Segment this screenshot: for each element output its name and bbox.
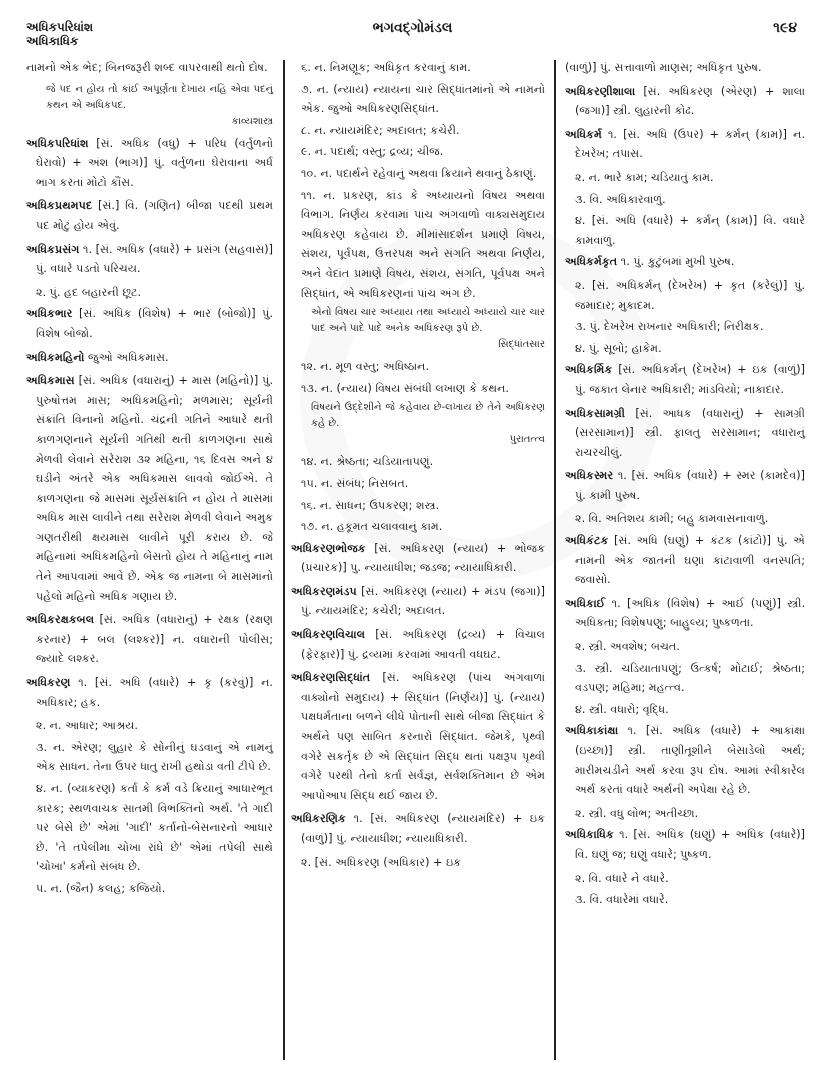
sense-definition: ૧૩. ન. (ન્યાય) વિષય સંબંધી લખાણ કે કથન. [291,379,545,399]
sense-definition: ૨. વિ. અતિશય કામી; બહુ કામવાસનાવાળું. [565,509,805,529]
definition-text: જુઓ અધિકમાસ. [88,351,169,364]
sense-definition: ૩. વિ. અધિકારવાળું. [565,190,805,210]
dictionary-entry: અધિકરણવિચાલ [સં. અધિકરણ (દ્રવ્ય) + વિચાલ… [291,625,545,664]
headword: અધિકર્મ [565,128,602,141]
dictionary-entry: અધિકરણ ૧. [સં. અધિ (વધારે) + કૃ (કરવું)]… [26,673,273,712]
sense-definition: ૭. ન. (ન્યાય) ન્યાયના ચાર સિદ્ધાંતમાંનો … [291,80,545,119]
sense-definition: ૨. ન. ભારે કામ; ચડિયાતું કામ. [565,168,805,188]
headword: અધિકર્મકૃત [565,255,617,268]
sense-definition: ૩. વિ. વધારેમાં વધારે. [565,890,805,910]
dictionary-entry: અધિકરણમંડપ [સં. અધિકરણ (ન્યાય) + મંડપ (જ… [291,582,545,621]
dictionary-entry: અધિકસામગ્રી [સં. આધક (વધારાનું) + સામગ્ર… [565,404,805,463]
dictionary-entry: અધિકર્મ ૧. [સં. અધિ (ઉપર) + કર્મન્ (કામ)… [565,125,805,164]
sense-definition: ૧૦. ન. પદાર્થને રહેવાનું અથવા ક્રિયાને થ… [291,164,545,184]
citation-quote: જે પદ ન હોય તો કાંઈ અપૂર્ણતા દેખાય નહિ એ… [26,82,273,130]
sense-definition: ૧૬. ન. સાધન; ઉપકરણ; શસ્ત્ર. [291,496,545,516]
headword: અધિકંટક [565,534,608,547]
dictionary-entry: અધિકમહિનો જુઓ અધિકમાસ. [26,348,273,368]
dictionary-entry: અધિકરણિક ૧. [સં. અધિકરણ (ન્યાયમંદિર) + ઇ… [291,809,545,848]
headword: અધિકરક્ષકબલ [26,613,94,626]
dictionary-title: ભગવદ્ગોમંડલ [0,20,825,36]
sense-definition: ૩. સ્ત્રી. ચડિયાતાપણું; ઉત્કર્ષ; મોટાઈ; … [565,659,805,698]
headword: અધિકપરિધાંશ [26,137,89,150]
quote-source: પુરાતત્ત્વ [311,432,545,448]
sense-definition: ૨. સ્ત્રી. વધુ લોભ; અતીચ્છા. [565,804,805,824]
dictionary-entry: અધિકાકાંક્ષા ૧. [સં. અધિક (વધારે) + આકાં… [565,721,805,799]
column-divider [554,60,556,1060]
definition-text: [સં. અધિક (વધારાનું) + માસ (મહિનો)] પું.… [36,374,273,603]
sense-definition: ૪. પું. સૂબો; હાકેમ. [565,339,805,359]
definition-text: ૧. [સં. અધિ (ઉપર) + કર્મન્ (કામ)] ન. દેખ… [575,128,805,161]
sense-definition: ૧૧. ન. પ્રકરણ, કાંડ કે અધ્યાયનો વિષય અથવ… [291,186,545,304]
dictionary-entry: અધિકપરિધાંશ [સં. અધિક (વધુ) + પરિધ (વર્ત… [26,134,273,193]
sense-definition: ૮. ન. ન્યાયમંદિર; અદાલત; કચેરી. [291,121,545,141]
definition-text: [સં. અધિકરણ (પાંચ અંગવાળાં વાક્યોનો સમુદ… [301,671,545,802]
citation-quote: વિષયને ઉદ્દેશીને જે કહેવાય છે-લખાય છે તે… [291,400,545,448]
headword: અધિકભાર [26,307,72,320]
dictionary-entry: અધિકભાર [સં. અધિક (વિશેષ) + ભાર (બોજો)] … [26,304,273,343]
dictionary-entry: અધિકરણીશાલા [સં. અધિકરણ (એરણ) + શાલા (જગ… [565,82,805,121]
column-divider [283,60,285,1060]
sense-definition: ૨. વિ. વધારે ને વધારે. [565,869,805,889]
dictionary-entry: અધિકરણભોજક [સં. અધિકરણ (ન્યાય) + ભોજક (પ… [291,539,545,578]
headword: અધિકરણસિદ્ધાંત [291,671,370,684]
dictionary-entry: અધિકસ્મર ૧. [સં. અધિક (વધારે) + સ્મર (કા… [565,466,805,505]
headword: અધિકસ્મર [565,469,613,482]
sense-definition: ૧૫. ન. સંબંધ; નિસબત. [291,474,545,494]
dictionary-entry: અધિકરણસિદ્ધાંત [સં. અધિકરણ (પાંચ અંગવાળા… [291,668,545,805]
sense-definition: ૨. પું. હદ બહારની છૂટ. [26,283,273,303]
headword: અધિકરણભોજક [291,542,366,555]
dictionary-entry: અધિકર્મકૃત ૧. પું. કુટુંબમાં મુખી પુરુષ. [565,252,805,272]
sense-definition: ૩. ન. એરણ; લુહાર કે સોનીનું ઘડવાનું એ ના… [26,738,273,777]
column-3: (વાળું)] પું. સત્તાવાળો માણસ; અધિકૃત પુર… [565,58,805,912]
headword: અધિકમાસ [26,374,75,387]
page-header: અધિકપરિધાંશ અધિકાધિક ભગવદ્ગોમંડલ ૧૯૪ [0,14,825,54]
dictionary-entry: અધિકપ્રથમપદ [સં.] વિ. (ગણિત) બીજા પદથી પ… [26,196,273,235]
definition-text: ૧. પું. કુટુંબમાં મુખી પુરુષ. [621,255,735,268]
headword: અધિકપ્રસંગ [26,243,79,256]
headword: અધિકસામગ્રી [565,407,625,420]
dictionary-entry: અધિકરક્ષકબલ [સં. અધિક (વધારાનું) + રક્ષક… [26,610,273,669]
dictionary-entry: અધિકપ્રસંગ ૧. [સં. અધિક (વધારે) + પ્રસંગ… [26,240,273,279]
quote-source: સિદ્ધાંતસાર [311,337,545,353]
quote-text: વિષયને ઉદ્દેશીને જે કહેવાય છે-લખાય છે તે… [311,402,545,429]
headword: અધિકમહિનો [26,351,84,364]
headword: અધિકરણિક [291,812,346,825]
column-2: ૬. ન. નિમણૂક; અધિકૃત કરવાનું કામ.૭. ન. (… [291,58,545,874]
sense-definition: ૨. સ્ત્રી. અવશેષ; બચત. [565,637,805,657]
dictionary-entry: અધિકાધિક ૧. [સં. અધિક (ઘણું) + અધિક (વધા… [565,825,805,864]
sense-definition: ૧૪. ન. શ્રેષ્ઠતા; ચડિયાતાપણું. [291,452,545,472]
sense-definition: ૨. ન. આધાર; આશ્રય. [26,716,273,736]
dictionary-entry: અધિકર્મિક [સં. અધિકર્મન્ (દેખરેખ) + ઇક (… [565,360,805,399]
headword: અધિકર્મિક [565,363,612,376]
headword: અધિકપ્રથમપદ [26,199,92,212]
sense-definition: ૩. પું. દેખરેખ રાખનાર અધિકારી; નિરીક્ષક. [565,317,805,337]
headword: અધિકાધિક [565,828,614,841]
dictionary-entry: અધિકાઈ ૧. [અધિક (વિશેષ) + આઈ (પણું)] સ્ત… [565,594,805,633]
headword: અધિકરણીશાલા [565,85,635,98]
quote-text: એનો વિષય ચાર અધ્યાય તથા અધ્યાયે અધ્યાયે … [311,307,545,334]
headword: અધિકરણ [26,676,70,689]
citation-quote: એનો વિષય ચાર અધ્યાય તથા અધ્યાયે અધ્યાયે … [291,305,545,353]
guide-word-last: અધિકાધિક [26,34,93,48]
sense-definition: ૨. [સં. અધિકરણ (અધિકાર) + ઇક [291,853,545,873]
sense-definition: ૧૨. ન. મૂળ વસ્તુ; અધિષ્ઠાન. [291,357,545,377]
sense-definition: ૬. ન. નિમણૂક; અધિકૃત કરવાનું કામ. [291,58,545,78]
quote-source: કાવ્યશાસ્ત્ર [46,114,273,130]
headword: અધિકરણવિચાલ [291,628,365,641]
dictionary-entry: અધિકમાસ [સં. અધિક (વધારાનું) + માસ (મહિન… [26,371,273,606]
sense-definition: ૯. ન. પદાર્થ; વસ્તુ; દ્રવ્ય; ચીજ. [291,142,545,162]
headword: અધિકરણમંડપ [291,585,357,598]
headword: અધિકાઈ [565,597,605,610]
continued-definition: (વાળું)] પું. સત્તાવાળો માણસ; અધિકૃત પુર… [565,58,805,78]
sense-definition: ૫. ન. (જૈન) કલહ; કજિયો. [26,879,273,899]
dictionary-entry: અધિકંટક [સં. અધિ (ઘણું) + કંટક (કાંટો)] … [565,531,805,590]
column-1: નામનો એક ભેદ; બિનજરૂરી શબ્દ વાપરવાથી થતો… [26,58,273,901]
sense-definition: ૪. [સં. અધિ (વધારે) + કર્મન્ (કામ)] વિ. … [565,211,805,250]
page-number: ૧૯૪ [773,20,797,36]
quote-text: જે પદ ન હોય તો કાંઈ અપૂર્ણતા દેખાય નહિ એ… [46,84,273,111]
sense-definition: ૪. ન. (વ્યાકરણ) કર્તા કે કર્મ વડે ક્રિયા… [26,779,273,877]
headword: અધિકાકાંક્ષા [565,724,618,737]
sense-definition: ૨. [સં. અધિકર્મન્ (દેખરેખ) + કૃત (કરેલું… [565,276,805,315]
continued-definition: નામનો એક ભેદ; બિનજરૂરી શબ્દ વાપરવાથી થતો… [26,58,273,78]
sense-definition: ૧૭. ન. હકૂમત ચલાવવાનું કામ. [291,517,545,537]
sense-definition: ૪. સ્ત્રી. વધારો; વૃદ્ધિ. [565,700,805,720]
